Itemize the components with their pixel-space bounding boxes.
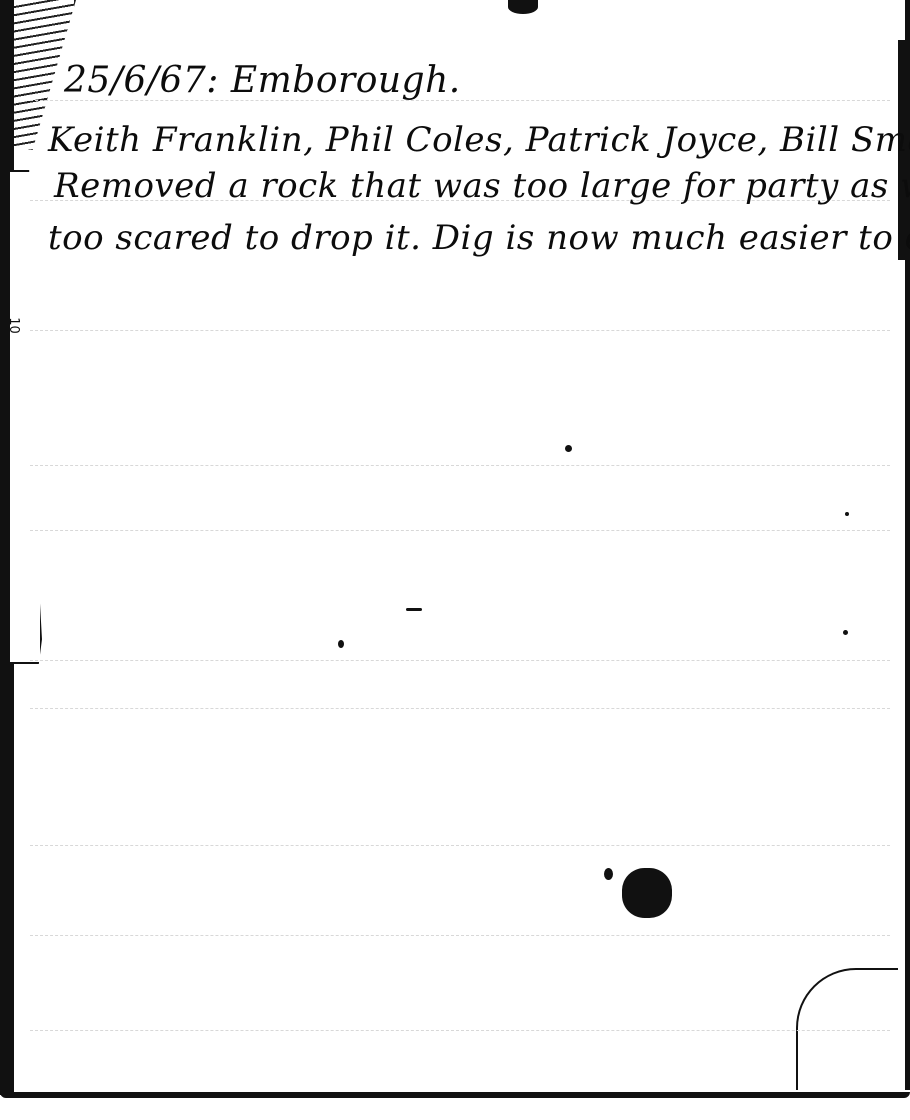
ruled-line: [30, 465, 890, 466]
binding-hole-mark: [508, 0, 538, 14]
ruled-line: [30, 330, 890, 331]
ruled-line: [30, 1030, 890, 1031]
ink-dot: [604, 868, 613, 880]
margin-page-number: 10: [6, 317, 21, 334]
ruled-line: [30, 845, 890, 846]
ruled-line: [30, 660, 890, 661]
ruled-line: [30, 708, 890, 709]
ink-dot: [845, 512, 849, 516]
entry-body-line-1: Removed a rock that was too large for pa…: [54, 166, 910, 206]
ink-dot: [565, 445, 572, 452]
ruled-line: [30, 935, 890, 936]
ink-dot: [843, 630, 848, 635]
entry-body-line-2: too scared to drop it. Dig is now much e…: [48, 218, 910, 258]
binding-strip: [10, 170, 42, 664]
page-corner-curl: [796, 968, 898, 1090]
ink-dot: [338, 640, 344, 648]
entry-date-location: 25/6/67: Emborough.: [64, 60, 461, 101]
entry-participants: Keith Franklin, Phil Coles, Patrick Joyc…: [48, 120, 910, 160]
bottom-page-edge: [0, 1092, 910, 1098]
ink-mark: [406, 608, 422, 611]
logbook-page: 10 25/6/67: Emborough. Keith Franklin, P…: [0, 0, 910, 1120]
ink-stain: [622, 868, 672, 918]
ruled-line: [30, 530, 890, 531]
